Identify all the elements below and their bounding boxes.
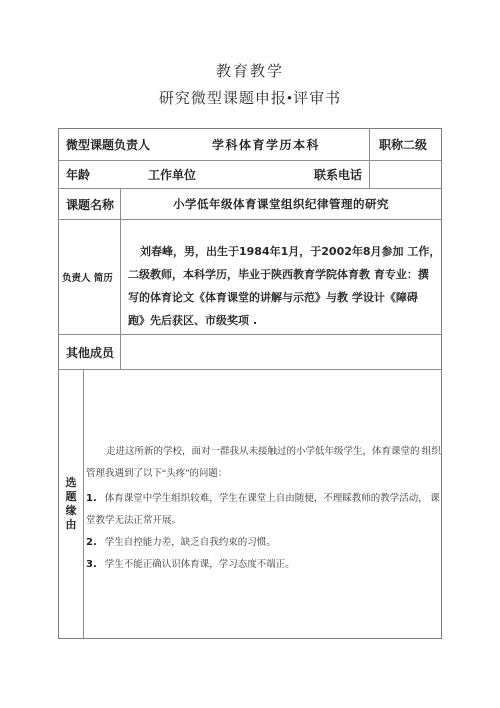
work-unit-label: 工作单位 xyxy=(148,166,196,183)
row-topic-reason: 选题缘由 走进这所新的学校，面对一群我从未接触过的小学低年级学生，体育课堂的 组… xyxy=(59,369,441,638)
reason-item-3-number: 3. xyxy=(86,554,97,576)
other-members-label: 其他成员 xyxy=(66,344,114,361)
reason-item-2-number: 2. xyxy=(86,532,97,554)
document-page: 教育教学 研究微型课题申报•评审书 微型课题负责人 学科体育学历本科 职称二级 … xyxy=(0,0,500,708)
document-header: 教育教学 研究微型课题申报•评审书 xyxy=(0,64,500,107)
topic-reason-label-cell: 选题缘由 xyxy=(59,370,83,638)
age-label: 年龄 xyxy=(59,166,90,183)
rank-text: 职称二级 xyxy=(370,136,427,153)
info-empty-cell xyxy=(369,161,441,188)
topic-reason-vertical-label: 选题缘由 xyxy=(66,476,77,532)
topic-name-value: 小学低年级体育课堂组织纪律管理的研究 xyxy=(173,196,389,212)
reason-item-1-number: 1. xyxy=(86,488,97,510)
doc-title-line1: 教育教学 xyxy=(0,64,500,80)
row-leader: 微型课题负责人 学科体育学历本科 职称二级 xyxy=(59,129,441,160)
resume-label: 负责人 简历 xyxy=(62,270,113,284)
resume-value-cell: 刘春峰，男，出生于1984年1月，于2002年8月参加 工作，二级教师，本科学历… xyxy=(120,220,441,334)
rank-cell: 职称二级 xyxy=(369,129,441,160)
doc-title-line2: 研究微型课题申报•评审书 xyxy=(0,91,500,107)
leader-cell: 微型课题负责人 学科体育学历本科 xyxy=(59,129,369,160)
reason-item-1-text: 体育课堂中学生组织较难，学生在课堂上自由随便，不理睬教师的教学活动， 课堂教学无… xyxy=(86,488,439,532)
reason-item-2: 2. 学生自控能力差，缺乏自我约束的习惯。 xyxy=(86,532,439,554)
other-members-value-cell xyxy=(120,335,441,369)
resume-label-cell: 负责人 简历 xyxy=(59,220,120,334)
reason-item-3-text: 学生不能正确认识体育课，学习态度不端正。 xyxy=(86,554,439,576)
reason-item-3: 3. 学生不能正确认识体育课，学习态度不端正。 xyxy=(86,554,439,576)
topic-name-value-cell: 小学低年级体育课堂组织纪律管理的研究 xyxy=(120,189,441,219)
topic-name-label-cell: 课题名称 xyxy=(59,189,120,219)
row-resume: 负责人 简历 刘春峰，男，出生于1984年1月，于2002年8月参加 工作，二级… xyxy=(59,219,441,334)
application-form-table: 微型课题负责人 学科体育学历本科 职称二级 年龄 工作单位 联系电话 课题名称 … xyxy=(58,128,442,639)
reason-item-2-text: 学生自控能力差，缺乏自我约束的习惯。 xyxy=(86,532,439,554)
row-info: 年龄 工作单位 联系电话 xyxy=(59,160,441,188)
topic-name-label: 课题名称 xyxy=(66,196,114,213)
phone-label: 联系电话 xyxy=(314,166,362,183)
other-members-label-cell: 其他成员 xyxy=(59,335,120,369)
topic-reason-content-cell: 走进这所新的学校，面对一群我从未接触过的小学低年级学生，体育课堂的 组织管理我遇… xyxy=(83,370,441,638)
resume-text: 刘春峰，男，出生于1984年1月，于2002年8月参加 工作，二级教师，本科学历… xyxy=(128,240,437,332)
row-topic-name: 课题名称 小学低年级体育课堂组织纪律管理的研究 xyxy=(59,188,441,219)
reason-item-1: 1. 体育课堂中学生组织较难，学生在课堂上自由随便，不理睬教师的教学活动， 课堂… xyxy=(86,488,439,532)
subject-education-text: 学科体育学历本科 xyxy=(212,136,320,153)
reason-intro-paragraph: 走进这所新的学校，面对一群我从未接触过的小学低年级学生，体育课堂的 组织管理我遇… xyxy=(86,441,439,485)
leader-label: 微型课题负责人 xyxy=(59,136,150,153)
info-labels-cell: 年龄 工作单位 联系电话 xyxy=(59,161,369,188)
row-other-members: 其他成员 xyxy=(59,334,441,369)
